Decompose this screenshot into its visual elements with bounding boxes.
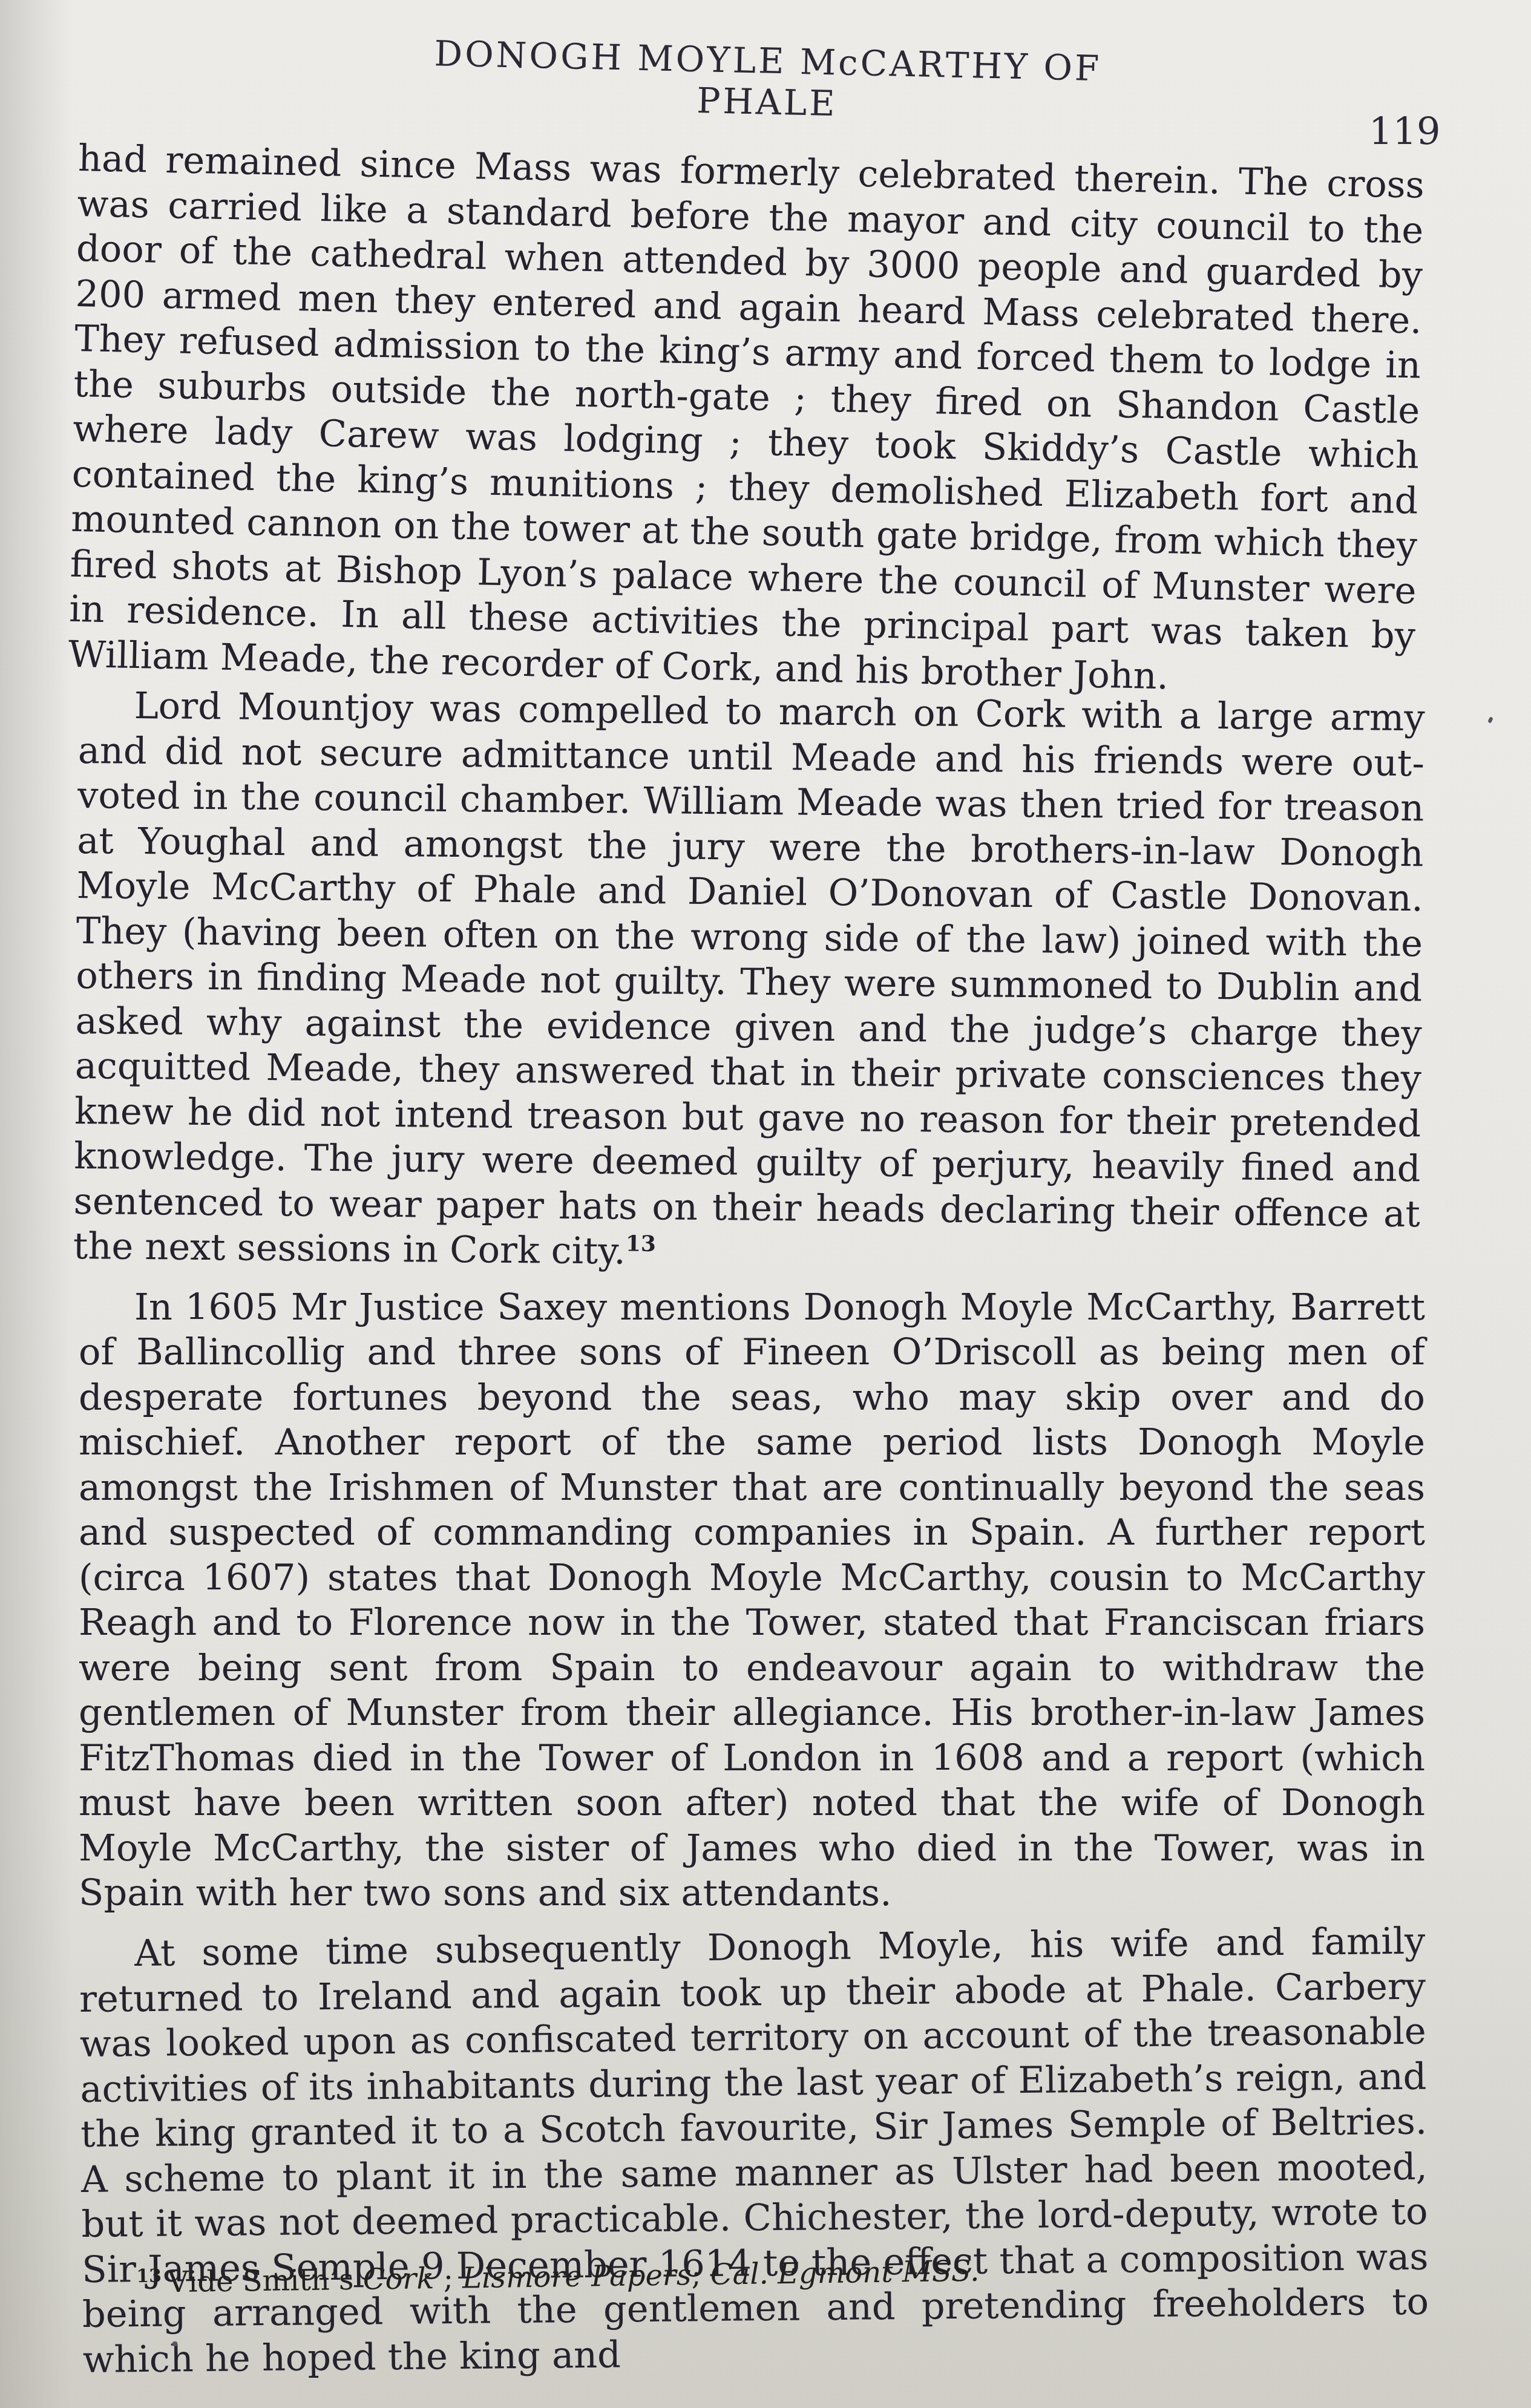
footnote-separator: ; <box>691 2258 701 2292</box>
footnote-title-cork: Cork <box>362 2262 434 2297</box>
paper-speck <box>172 2341 177 2346</box>
footnote-separator: ; <box>443 2262 453 2295</box>
footnote-number: 13 <box>136 2265 162 2287</box>
page-gutter-shadow <box>0 0 73 2408</box>
paragraph-1: had remained since Mass was formerly cel… <box>68 136 1424 704</box>
paragraph-2: Lord Mountjoy was compelled to march on … <box>73 683 1425 1282</box>
footnote-reference: 13 <box>626 1231 657 1257</box>
footnote-title-lismore: Lismore Papers <box>462 2258 692 2295</box>
body-text: had remained since Mass was formerly cel… <box>79 136 1425 2383</box>
book-page: DONOGH MOYLE McCARTHY OF PHALE 119 had r… <box>0 0 1531 2408</box>
paper-speck <box>1487 716 1493 724</box>
paragraph-4: At some time subsequently Donogh Moyle, … <box>79 1919 1429 2382</box>
footnote-prefix: Vide Smith’s <box>168 2263 354 2299</box>
running-head: DONOGH MOYLE McCARTHY OF PHALE <box>373 31 1162 131</box>
paragraph-2-text: Lord Mountjoy was compelled to march on … <box>73 685 1425 1273</box>
paragraph-3: In 1605 Mr Justice Saxey mentions Donogh… <box>79 1285 1425 1916</box>
footnote-title-egmont: Cal. Egmont MSS. <box>710 2254 979 2292</box>
